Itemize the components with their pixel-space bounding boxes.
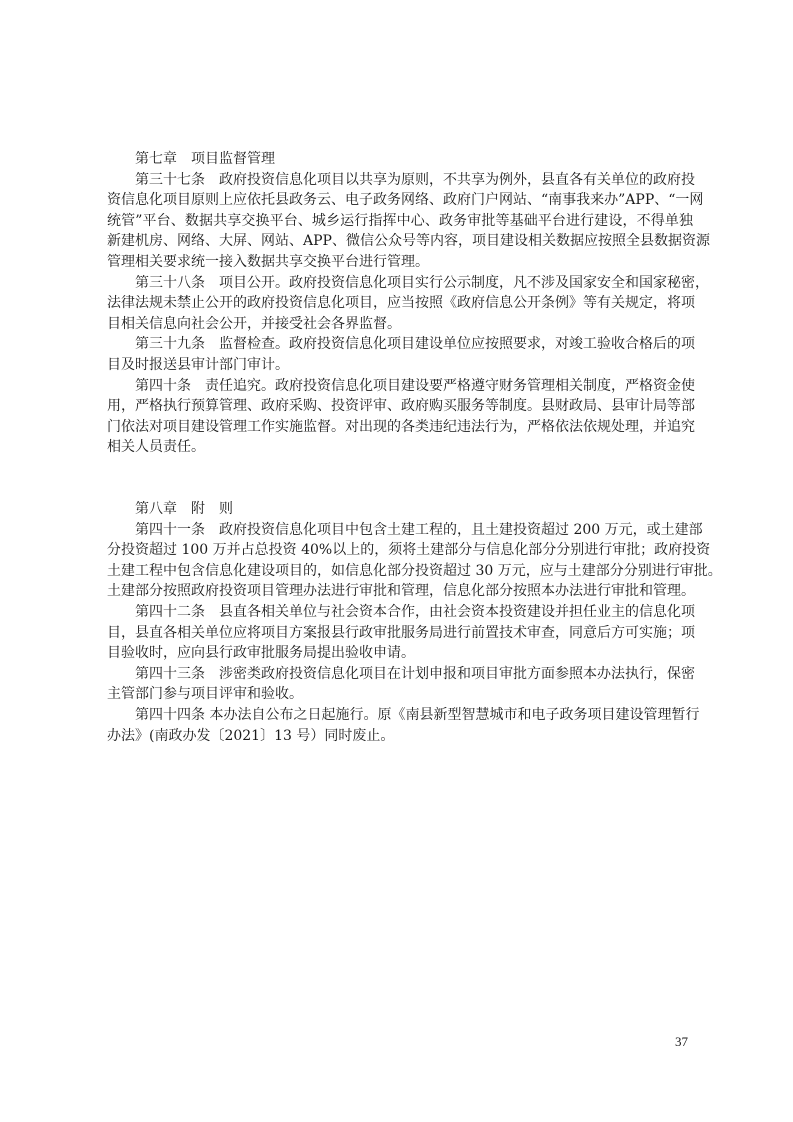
document-body: 第七章 项目监督管理 第三十七条 政府投资信息化项目以共享为原则，不共享为例外，… [107,149,693,746]
paragraph-line: 分投资超过 100 万并占总投资 40%以上的，须将土建部分与信息化部分分别进行… [107,540,693,561]
paragraph-line: 用，严格执行预算管理、政府采购、投资评审、政府购买服务等制度。县财政局、县审计局… [107,396,693,417]
chapter-heading: 第七章 项目监督管理 [107,149,693,170]
paragraph-line: 主管部门参与项目评审和验收。 [107,684,693,705]
paragraph-line: 第四十三条 涉密类政府投资信息化项目在计划申报和项目审批方面参照本办法执行，保密 [107,664,693,685]
article-38: 第三十八条 项目公开。政府投资信息化项目实行公示制度，凡不涉及国家安全和国家秘密… [107,273,693,335]
document-page: 第七章 项目监督管理 第三十七条 政府投资信息化项目以共享为原则，不共享为例外，… [0,0,793,1122]
spacer [107,458,693,479]
paragraph-line: 统管”平台、数据共享交换平台、城乡运行指挥中心、政务审批等基础平台进行建设，不得… [107,211,693,232]
paragraph-line: 新建机房、网络、大屏、网站、APP、微信公众号等内容，项目建设相关数据应按照全县… [107,231,693,252]
article-40: 第四十条 责任追究。政府投资信息化项目建设要严格遵守财务管理相关制度，严格资金使… [107,376,693,458]
paragraph-line: 法律法规未禁止公开的政府投资信息化项目，应当按照《政府信息公开条例》等有关规定，… [107,293,693,314]
article-43: 第四十三条 涉密类政府投资信息化项目在计划申报和项目审批方面参照本办法执行，保密… [107,664,693,705]
article-39: 第三十九条 监督检查。政府投资信息化项目建设单位应按照要求，对竣工验收合格后的项… [107,334,693,375]
paragraph-line: 第四十四条 本办法自公布之日起施行。原《南县新型智慧城市和电子政务项目建设管理暂… [107,705,693,726]
page-number: 37 [675,1034,688,1050]
article-37: 第三十七条 政府投资信息化项目以共享为原则，不共享为例外，县直各有关单位的政府投… [107,170,693,273]
article-42: 第四十二条 县直各相关单位与社会资本合作，由社会资本投资建设并担任业主的信息化项… [107,602,693,664]
paragraph-line: 土建工程中包含信息化建设项目的，如信息化部分投资超过 30 万元，应与土建部分分… [107,561,693,582]
spacer [107,479,693,500]
paragraph-line: 目及时报送县审计部门审计。 [107,355,693,376]
paragraph-line: 相关人员责任。 [107,437,693,458]
article-44: 第四十四条 本办法自公布之日起施行。原《南县新型智慧城市和电子政务项目建设管理暂… [107,705,693,746]
paragraph-line: 土建部分按照政府投资项目管理办法进行审批和管理，信息化部分按照本办法进行审批和管… [107,581,693,602]
paragraph-line: 目相关信息向社会公开，并接受社会各界监督。 [107,314,693,335]
paragraph-line: 办法》(南政办发〔2021〕13 号）同时废止。 [107,726,693,747]
paragraph-line: 第四十一条 政府投资信息化项目中包含土建工程的，且土建投资超过 200 万元，或… [107,520,693,541]
paragraph-line: 门依法对项目建设管理工作实施监督。对出现的各类违纪违法行为，严格依法依规处理，并… [107,417,693,438]
chapter-heading: 第八章 附 则 [107,499,693,520]
paragraph-line: 目，县直各相关单位应将项目方案报县行政审批服务局进行前置技术审查，同意后方可实施… [107,623,693,644]
paragraph-line: 第四十条 责任追究。政府投资信息化项目建设要严格遵守财务管理相关制度，严格资金使 [107,376,693,397]
article-41: 第四十一条 政府投资信息化项目中包含土建工程的，且土建投资超过 200 万元，或… [107,520,693,602]
paragraph-line: 管理相关要求统一接入数据共享交换平台进行管理。 [107,252,693,273]
paragraph-line: 第三十九条 监督检查。政府投资信息化项目建设单位应按照要求，对竣工验收合格后的项 [107,334,693,355]
paragraph-line: 第三十七条 政府投资信息化项目以共享为原则，不共享为例外，县直各有关单位的政府投 [107,170,693,191]
paragraph-line: 第四十二条 县直各相关单位与社会资本合作，由社会资本投资建设并担任业主的信息化项 [107,602,693,623]
paragraph-line: 资信息化项目原则上应依托县政务云、电子政务网络、政府门户网站、“南事我来办”AP… [107,190,693,211]
paragraph-line: 目验收时，应向县行政审批服务局提出验收申请。 [107,643,693,664]
paragraph-line: 第三十八条 项目公开。政府投资信息化项目实行公示制度，凡不涉及国家安全和国家秘密… [107,273,693,294]
